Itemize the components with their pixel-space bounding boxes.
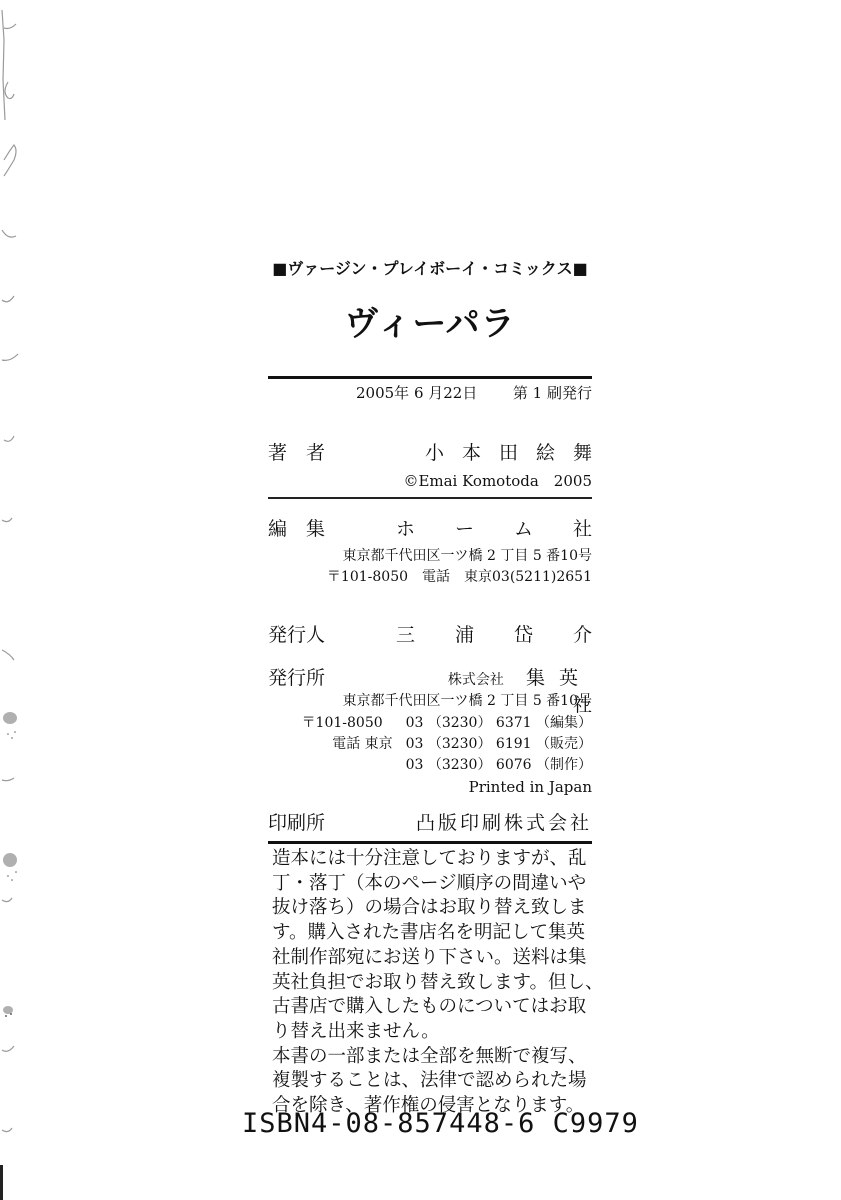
publisher-phone-row: 電話 東京 03 （3230） 6191 （販売） [268, 733, 592, 753]
printed-in: Printed in Japan [268, 778, 592, 796]
notice-line: 抜け落ち）の場合はお取り替え致しま [272, 896, 596, 921]
editor-label: 編 集 [268, 514, 325, 541]
notice-line: 英社負担でお取り替え致します。但し、 [272, 971, 596, 996]
series-name: ■ヴァージン・プレイボーイ・コミックス■ [268, 256, 592, 279]
divider [268, 376, 592, 379]
editor-contact: 〒101-8050 電話 東京03(5211)2651 [268, 566, 592, 586]
edition-line: 2005年 6 月22日 第 1 刷発行 [268, 382, 592, 403]
printer-label: 印刷所 [268, 808, 325, 835]
scan-edge-marks [0, 0, 40, 1200]
publisher-phone-row: 〒101-8050 03 （3230） 6371 （編集） [268, 712, 592, 732]
phone-number: 03 （3230） 6076 （制作） [406, 757, 592, 773]
edition-date: 2005年 6 月22日 [356, 384, 477, 402]
publisher-phone-row: 03 （3230） 6076 （制作） [268, 754, 592, 774]
notice-line: り替え出来ません。 [272, 1020, 596, 1045]
isbn-code: ISBN4-08-857448-6 C9979 [242, 1108, 639, 1139]
notice-line: 本書の一部または全部を無断で複写、 [272, 1045, 596, 1070]
notice-line: 社制作部宛にお送り下さい。送料は集 [272, 946, 596, 971]
notice-line: 複製することは、法律で認められた場 [272, 1069, 596, 1094]
notice-text: 造本には十分注意しておりますが、乱丁・落丁（本のページ順序の間違いや抜け落ち）の… [272, 847, 596, 1119]
publisher-company-type: 株式会社 [448, 672, 504, 688]
publisher-person-name: 三浦岱介 [396, 620, 632, 647]
notice-line: 丁・落丁（本のページ順序の間違いや [272, 872, 596, 897]
phone-prefix: 〒101-8050 [302, 715, 383, 731]
publisher-label: 発行所 [268, 663, 325, 690]
printer-name: 凸版印刷株式会社 [416, 808, 592, 835]
divider [268, 841, 592, 844]
editor-name: ホーム社 [396, 514, 632, 541]
publisher-address: 東京都千代田区一ツ橋 2 丁目 5 番10号 [268, 690, 592, 710]
book-title: ヴィーパラ [268, 296, 592, 345]
notice-line: 古書店で購入したものについてはお取 [272, 995, 596, 1020]
edition-printing: 第 1 刷発行 [513, 384, 592, 402]
divider [268, 497, 592, 499]
publisher-person-label: 発行人 [268, 620, 325, 647]
editor-address: 東京都千代田区一ツ橋 2 丁目 5 番10号 [268, 545, 592, 565]
phone-prefix: 電話 東京 [332, 736, 392, 752]
author-label: 著 者 [268, 438, 325, 465]
notice-line: す。購入された書店名を明記して集英 [272, 921, 596, 946]
author-name: 小本田絵舞 [425, 438, 610, 465]
notice-line: 造本には十分注意しておりますが、乱 [272, 847, 596, 872]
phone-number: 03 （3230） 6191 （販売） [406, 736, 592, 752]
phone-number: 03 （3230） 6371 （編集） [406, 715, 592, 731]
copyright: ©Emai Komotoda 2005 [268, 470, 592, 491]
